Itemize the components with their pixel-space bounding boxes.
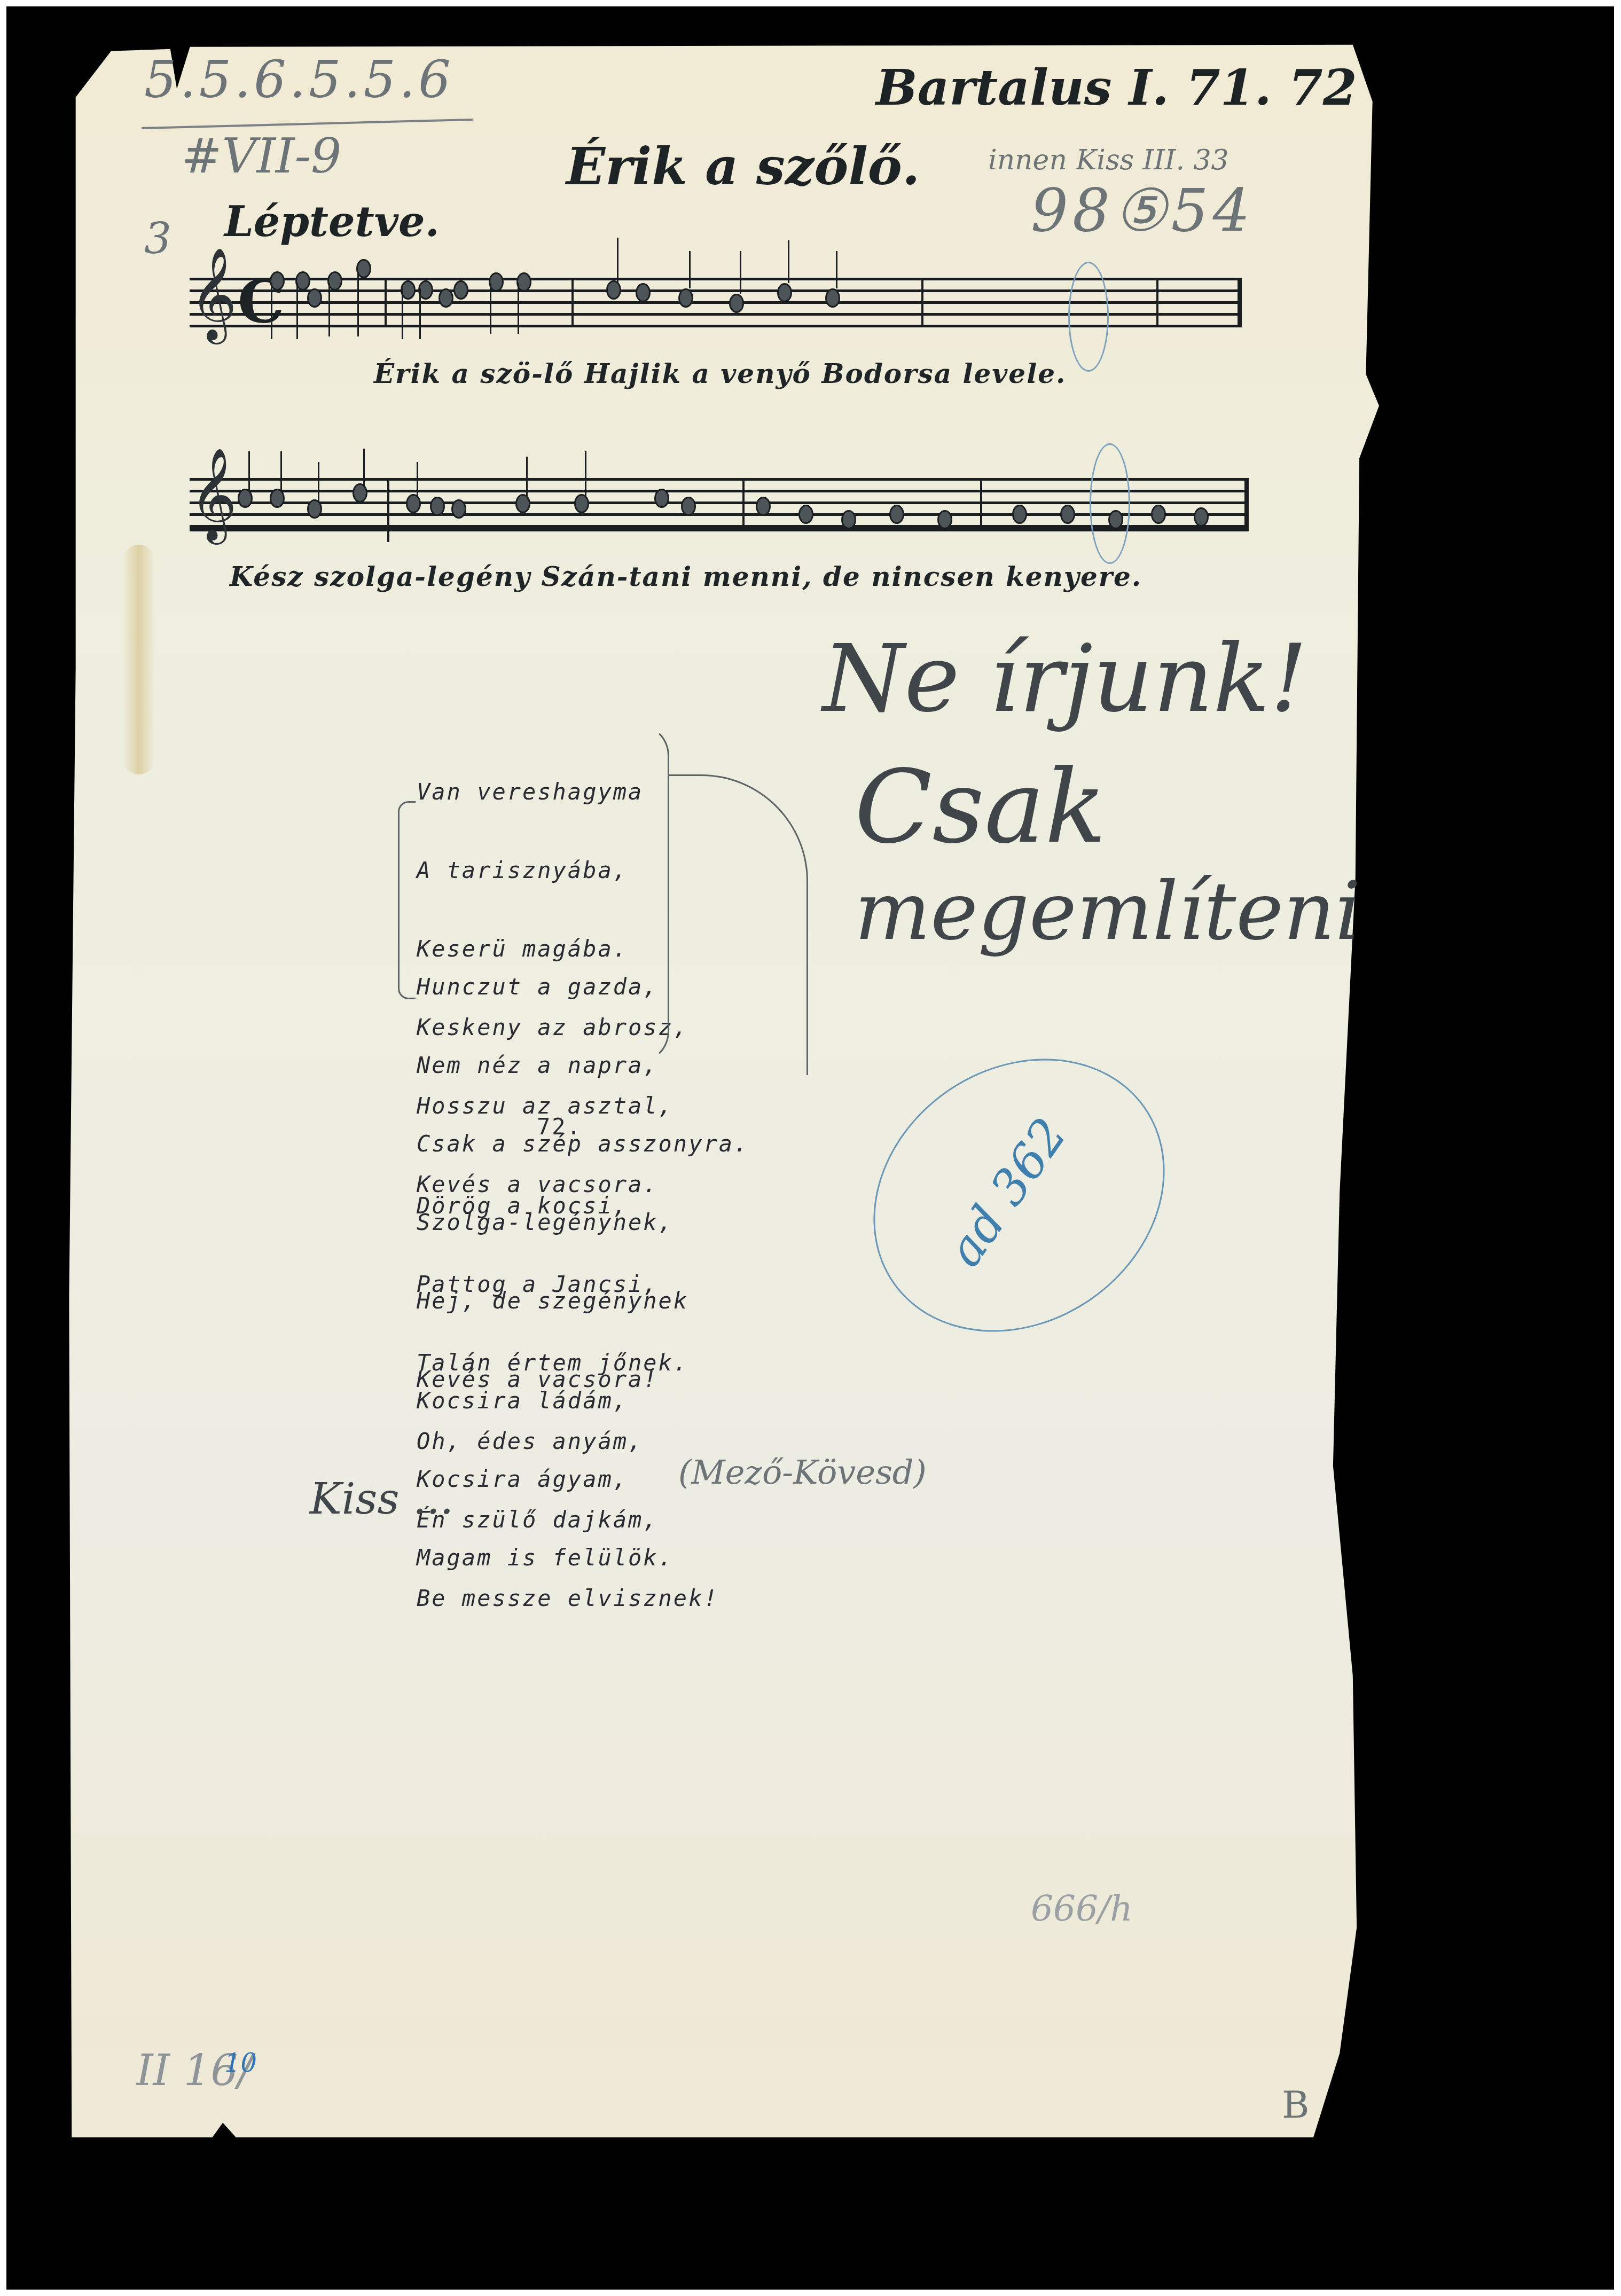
editor-note-line-3: megemlíteni (855, 865, 1361, 958)
place-of-collection: (Mező-Kövesd) (678, 1453, 927, 1492)
blue-circle-mark-1 (1068, 262, 1109, 372)
source-reference: Bartalus I. 71. 72 (876, 59, 1357, 116)
pencil-reference-small: innen Kiss III. 33 (988, 144, 1229, 176)
pencil-code-top: 5.5.6.5.5.6 (144, 51, 454, 109)
collector-signature: Kiss ... (310, 1474, 453, 1524)
paper-stain (123, 545, 155, 774)
editor-note-line-1: Ne írjunk! (823, 625, 1307, 733)
staff-2-lyrics: Kész szolga-legény Szán-tani menni, de n… (230, 561, 1142, 592)
pencil-loop-curve (668, 774, 808, 1075)
editor-note-line-2: Csak (855, 748, 1106, 866)
lyric-line: Magam is felülök. (417, 1545, 674, 1571)
corner-letter: B (1282, 2083, 1309, 2127)
lyric-line: Kocsira ágyam, (417, 1466, 674, 1492)
tempo-marking: Léptetve. (224, 198, 440, 246)
lyric-line: Pattog a Jancsi, (417, 1271, 719, 1297)
lyric-line: Kocsira ládám, (417, 1388, 674, 1414)
treble-clef-icon: 𝄞 (190, 454, 237, 534)
staff-2: 𝄞 (190, 478, 1247, 531)
treble-clef-icon: 𝄞 (190, 254, 237, 334)
song-title: Érik a szőlő. (566, 136, 920, 197)
pencil-bracket-right (636, 724, 669, 1063)
pencil-number: 98⑤54 (1031, 176, 1255, 245)
stanza-4: Kocsira ládám, Kocsira ágyam, Magam is f… (417, 1335, 674, 1623)
margin-mark: 3 (144, 214, 171, 263)
pencil-bracket-left (398, 801, 416, 999)
pencil-code-sub: #VII-9 (182, 128, 341, 184)
lyric-line: Dörög a kocsi, (417, 1193, 719, 1219)
blue-circle-mark-2 (1090, 443, 1130, 564)
song-number: 72. (537, 1114, 582, 1140)
archive-code-blue: 10 (224, 2048, 257, 2078)
archive-number: 666/h (1031, 1888, 1133, 1929)
staff-1-lyrics: Érik a szö-lő Hajlik a venyő Bodorsa lev… (374, 358, 1066, 389)
